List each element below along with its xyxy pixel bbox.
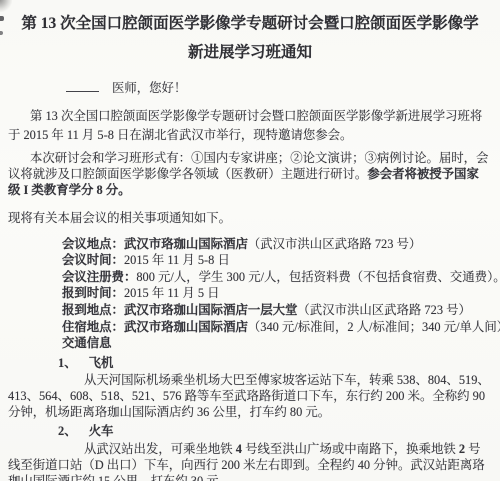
detail-value-bold: 武汉市珞珈山国际酒店一层大堂	[124, 303, 297, 317]
train-number: 2、	[58, 424, 77, 438]
transport-heading: 交通信息	[62, 335, 500, 352]
details-list: 会议地点：武汉市珞珈山国际酒店（武汉市洪山区武珞路 723 号） 会议时间：20…	[62, 236, 494, 336]
notice-lead-line: 现将有关本届会议的相关事项通知如下。	[8, 210, 491, 226]
detail-label: 会议时间：	[62, 253, 124, 267]
plane-number: 1、	[58, 356, 77, 370]
detail-value-bold: 武汉市珞珈山国际酒店	[124, 237, 248, 251]
detail-value: 800 元/人，学生 300 元/人，包括资料费（不包括食宿费、交通费）。	[136, 270, 500, 284]
greeting-line: 医师，您好！	[66, 80, 500, 95]
scan-artifact-corner	[0, 0, 12, 12]
detail-row-venue: 会议地点：武汉市珞珈山国际酒店（武汉市洪山区武珞路 723 号）	[62, 236, 494, 253]
train-subheading: 2、火车	[58, 423, 500, 440]
scan-artifact-edge-mark	[0, 16, 4, 21]
detail-label: 住宿地点：	[62, 320, 124, 334]
detail-row-checkin-date: 报到时间：2015 年 11 月 5 日	[62, 285, 494, 302]
detail-value: 2015 年 11 月 5 日	[124, 286, 220, 300]
detail-value-bold: 武汉市珞珈山国际酒店	[124, 320, 248, 334]
title-line-2: 新进展学习班通知	[0, 38, 500, 67]
plane-paragraph: 从天河国际机场乘坐机场大巴至傅家坡客运站下车，转乘 538、804、519、41…	[8, 372, 492, 420]
detail-label: 会议注册费：	[62, 270, 136, 284]
name-blank-underline	[66, 80, 99, 92]
scanned-notice-page: 第 13 次全国口腔颌面医学影像学专题研讨会暨口腔颌面医学影像学 新进展学习班通…	[0, 0, 500, 481]
detail-value: （武汉市洪山区武珞路 723 号）	[248, 237, 421, 251]
detail-row-fee: 会议注册费：800 元/人，学生 300 元/人，包括资料费（不包括食宿费、交通…	[62, 269, 494, 286]
plane-subheading: 1、飞机	[58, 355, 500, 372]
train-paragraph: 从武汉站出发，可乘坐地铁 4 号线至洪山广场或中南路下，换乘地铁 2 号线至街道…	[8, 441, 492, 481]
detail-label: 会议地点：	[62, 237, 124, 251]
detail-label: 报到地点：	[62, 303, 124, 317]
detail-value: （340 元/标准间，2 人/标准间；340 元/单人间）	[248, 320, 500, 334]
train-seg2: 号线至洪山广场或中南路下，换乘地铁	[242, 442, 459, 456]
plane-title: 飞机	[89, 356, 114, 370]
detail-row-lodging: 住宿地点：武汉市珞珈山国际酒店（340 元/标准间，2 人/标准间；340 元/…	[62, 319, 494, 336]
format-paragraph: 本次研讨会和学习班形式有：①国内专家讲座；②论文演讲；③病例讨论。届时，会议将就…	[8, 150, 491, 199]
detail-row-checkin-venue: 报到地点：武汉市珞珈山国际酒店一层大堂（武汉市洪山区武珞路 723 号）	[62, 302, 494, 319]
detail-row-date: 会议时间：2015 年 11 月 5-8 日	[62, 252, 494, 269]
greeting-text: 医师，您好！	[112, 81, 186, 95]
intro-paragraph: 第 13 次全国口腔颌面医学影像学专题研讨会暨口腔颌面医学影像学新进展学习班将于…	[8, 107, 491, 145]
detail-value: 2015 年 11 月 5-8 日	[124, 253, 230, 267]
detail-value: （武汉市洪山区武珞路 723 号）	[297, 303, 470, 317]
notice-title: 第 13 次全国口腔颌面医学影像学专题研讨会暨口腔颌面医学影像学 新进展学习班通…	[0, 9, 500, 67]
title-line-1: 第 13 次全国口腔颌面医学影像学专题研讨会暨口腔颌面医学影像学	[0, 9, 500, 38]
train-seg1: 从武汉站出发，可乘坐地铁	[84, 442, 236, 456]
train-title: 火车	[89, 424, 114, 438]
detail-label: 报到时间：	[62, 286, 124, 300]
